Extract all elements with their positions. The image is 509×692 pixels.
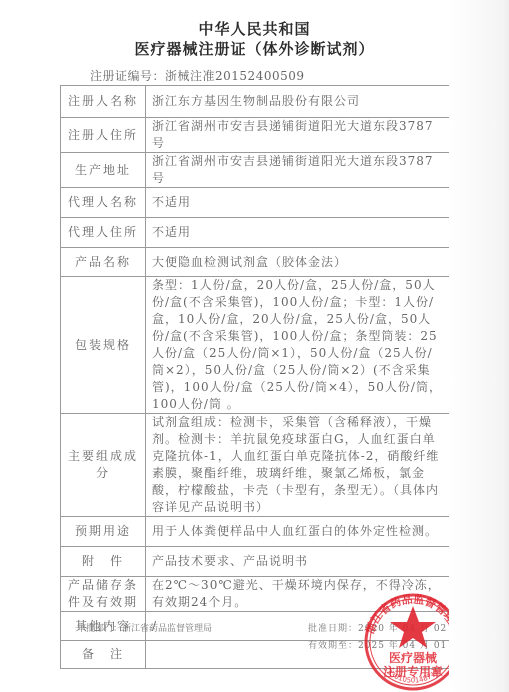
row-label: 注册人名称 — [61, 86, 146, 118]
row-value: 浙江东方基因生物制品股份有限公司 — [146, 86, 451, 118]
row-label: 主要组成成分 — [61, 414, 146, 517]
table-row: 注册人名称浙江东方基因生物制品股份有限公司 — [61, 86, 451, 118]
table-row: 代理人住所不适用 — [61, 218, 451, 248]
table-row: 产品名称大便隐血检测试剂盒（胶体金法） — [61, 248, 451, 277]
row-label: 预期用途 — [61, 517, 146, 547]
table-row: 注册人住所浙江省湖州市安吉县递铺街道阳光大道东段3787号 — [61, 118, 451, 153]
row-label: 产品储存条件及有效期 — [61, 577, 146, 612]
title-certificate: 医疗器械注册证（体外诊断试剂） — [0, 38, 509, 59]
certificate-table: 注册人名称浙江东方基因生物制品股份有限公司注册人住所浙江省湖州市安吉县递铺街道阳… — [60, 85, 451, 669]
registration-number-label: 注册证编号： — [90, 69, 165, 83]
row-value: 不适用 — [146, 218, 451, 248]
row-value: 条型：1人份/盒，20人份/盒，25人份/盒，50人份/盒(不含采集管)，100… — [146, 277, 451, 414]
registration-number-value: 浙械注准20152400509 — [165, 69, 304, 83]
row-label: 注册人住所 — [61, 118, 146, 153]
row-value: 产品技术要求、产品说明书 — [146, 547, 451, 577]
table-row: 附 件产品技术要求、产品说明书 — [61, 547, 451, 577]
row-value: 大便隐血检测试剂盒（胶体金法） — [146, 248, 451, 277]
table-row: 主要组成成分试剂盒组成：检测卡，采集管（含稀释液），干燥剂。检测卡：羊抗鼠免疫球… — [61, 414, 451, 517]
row-label: 产品名称 — [61, 248, 146, 277]
star-icon — [390, 606, 436, 648]
row-label: 备 注 — [61, 641, 146, 669]
table-row: 生产地址浙江省湖州市安吉县递铺街道阳光大道东段3787号 — [61, 153, 451, 188]
row-value: 不适用 — [146, 188, 451, 218]
row-label: 代理人住所 — [61, 218, 146, 248]
page-edge-shadow — [449, 0, 509, 692]
approval-date-label: 批准日期： — [308, 624, 358, 634]
registration-number: 注册证编号：浙械注准20152400509 — [90, 67, 305, 84]
approval-department: 审批部门：浙江省药品监督管理局 — [77, 621, 212, 634]
row-label: 附 件 — [61, 547, 146, 577]
row-label: 代理人名称 — [61, 188, 146, 218]
table-row: 代理人名称不适用 — [61, 188, 451, 218]
svg-text:医疗器械: 医疗器械 — [389, 650, 438, 665]
row-value: 试剂盒组成：检测卡，采集管（含稀释液），干燥剂。检测卡：羊抗鼠免疫球蛋白G，人血… — [146, 414, 451, 517]
expiry-date-label: 有效期至： — [308, 641, 358, 651]
table-row: 预期用途用于人体粪便样品中人血红蛋白的体外定性检测。 — [61, 517, 451, 547]
row-value: 用于人体粪便样品中人血红蛋白的体外定性检测。 — [146, 517, 451, 547]
row-value: 浙江省湖州市安吉县递铺街道阳光大道东段3787号 — [146, 118, 451, 153]
table-row: 包装规格条型：1人份/盒，20人份/盒，25人份/盒，50人份/盒(不含采集管)… — [61, 277, 451, 414]
row-value: 浙江省湖州市安吉县递铺街道阳光大道东段3787号 — [146, 153, 451, 188]
title-country: 中华人民共和国 — [0, 18, 509, 39]
row-label: 包装规格 — [61, 277, 146, 414]
row-label: 生产地址 — [61, 153, 146, 188]
